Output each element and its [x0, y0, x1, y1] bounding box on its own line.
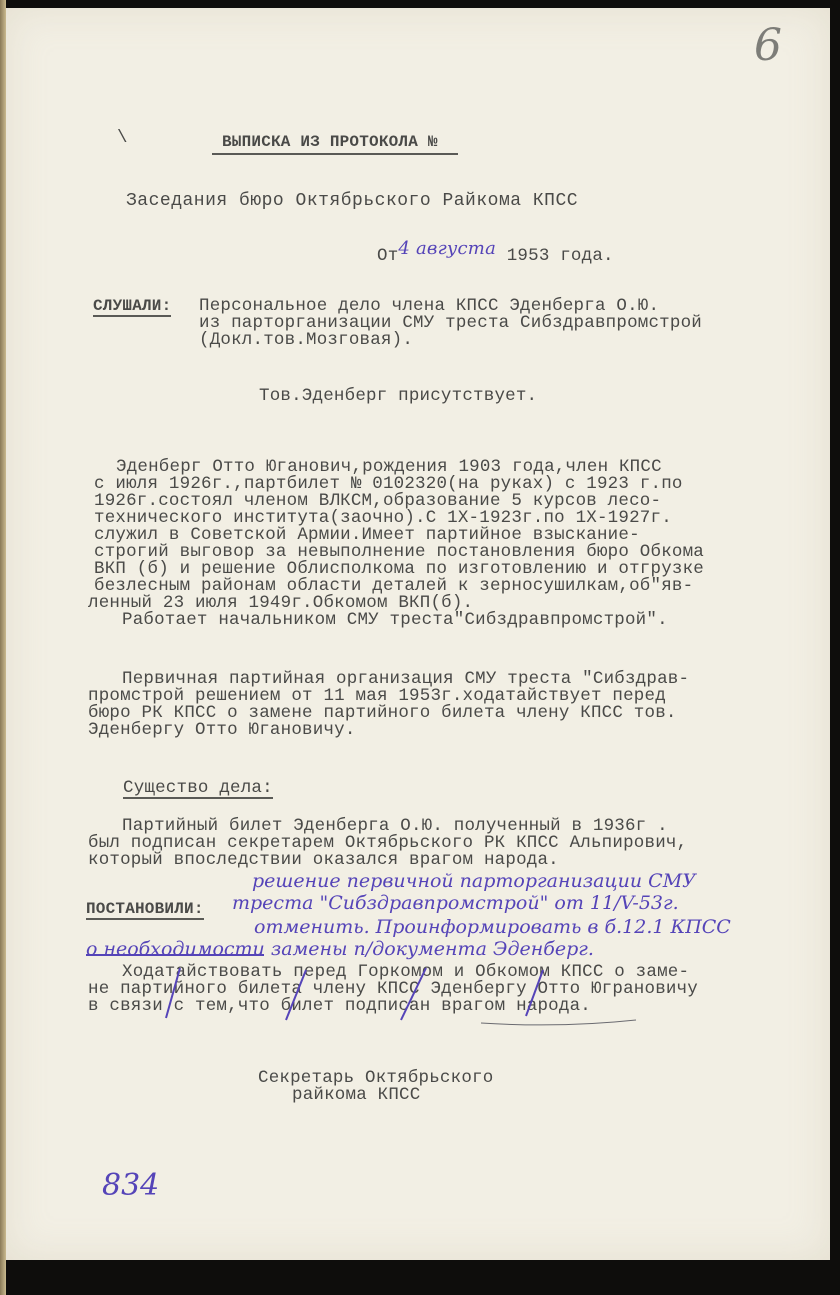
- signature-line-2: райкома КПСС: [292, 1087, 420, 1104]
- document-page: 6 \ ВЫПИСКА ИЗ ПРОТОКОЛА № Заседания бюр…: [6, 8, 830, 1260]
- archive-number: 834: [102, 1168, 159, 1203]
